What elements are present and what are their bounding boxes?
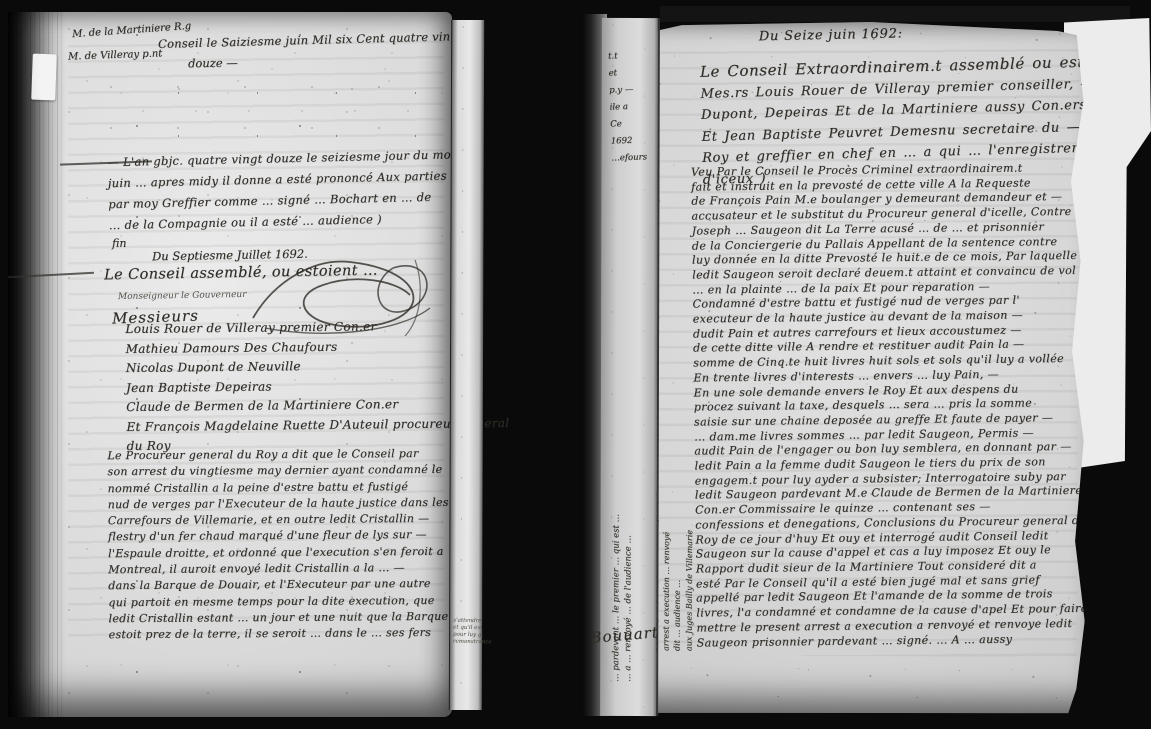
manuscript-line: somme de Cinq.te huit livres huit sols e… xyxy=(693,352,1085,371)
ink-speckles xyxy=(58,22,448,697)
manuscript-line: Saugeon prisonnier pardevant … signé. … … xyxy=(697,631,1089,650)
manuscript-line: par moy Greffier comme … signé … Bochart… xyxy=(108,186,481,215)
manuscript-line: Dupont, Depeiras Et de la Martiniere aus… xyxy=(701,94,1127,127)
left-page: M. de la Martiniere R.g M. de Villeray p… xyxy=(8,12,452,717)
manuscript-line: … en la plainte … de la paix Et pour rep… xyxy=(692,278,1084,297)
manuscript-fragment: 1692 xyxy=(611,132,647,150)
opening-paragraph: Le Conseil Extraordinairem.t assemblé ou… xyxy=(700,51,1129,191)
manuscript-line: ledit Pain a la femme dudit Saugeon le t… xyxy=(694,455,1086,474)
manuscript-line: remonstrance xyxy=(453,639,492,647)
session-header-line: Conseil le Saiziesme juin Mil six Cent q… xyxy=(158,29,463,51)
messieurs-label: Messieurs xyxy=(112,306,199,327)
ink-speckles xyxy=(628,25,1090,707)
margin-note: M. de Villeray p.nt xyxy=(68,48,163,62)
manuscript-line: … de la Compagnie ou il a esté … audienc… xyxy=(109,207,482,236)
shadow-band xyxy=(660,6,1130,22)
manuscript-line: executeur de la haute justice au devant … xyxy=(693,308,1085,327)
manuscript-line: Rapport dudit sieur de la Martiniere Tou… xyxy=(696,558,1088,577)
margin-note: M. de la Martiniere R.g xyxy=(72,21,192,40)
bleed-through-lines xyxy=(638,39,1079,657)
edge-vertical-note: … pardevant … le premier … qui est … … a… xyxy=(610,192,635,682)
judgment-paragraph: Veu Par le Conseil le Procès Criminel ex… xyxy=(691,161,1088,651)
manuscript-line: appellé par ledit Saugeon Et l'amande de… xyxy=(696,587,1088,606)
manuscript-line: nud de verges par l'Executeur de la haut… xyxy=(108,495,449,514)
procureur-paragraph: Le Procureur general du Roy a dit que le… xyxy=(107,446,449,644)
manuscript-line: Roy et greffier en chef en … a qui … l'e… xyxy=(702,137,1128,170)
manuscript-line: … dam.me livres sommes … par ledit Sauge… xyxy=(694,425,1086,444)
manuscript-line: dans la Barque de Douair, et l'Executeur… xyxy=(108,576,449,595)
spine-streaks xyxy=(12,12,62,717)
manuscript-line: arrest a execution … renvoyé xyxy=(660,385,673,651)
manuscript-line: de la Conciergerie du Pallais Appellant … xyxy=(692,234,1084,253)
manuscript-line: esté Par le Conseil qu'il a esté bien ju… xyxy=(696,572,1088,591)
manuscript-line: Joseph … Saugeon dit La Terre acusé … de… xyxy=(692,220,1084,239)
manuscript-fragment: …efours xyxy=(611,149,647,167)
manuscript-line: de François Pain M.e boulanger y demeura… xyxy=(691,190,1083,209)
manuscript-line: Con.er Commissaire le quinze … contenant… xyxy=(695,499,1087,518)
manuscript-line: … pardevant … le premier … qui est … xyxy=(610,192,623,682)
manuscript-line: accusateur et le substitut du Procureur … xyxy=(691,205,1083,224)
manuscript-fragment: Ce xyxy=(610,115,646,133)
manuscript-fragment: ile a xyxy=(609,98,645,116)
right-page: 59. Du Seize juin 1692: Le Conseil Extra… xyxy=(618,19,1100,717)
manuscript-line: qui partoit en mesme temps pour la dite … xyxy=(108,592,449,611)
manuscript-line: Mes.rs Louis Rouer de Villeray premier c… xyxy=(700,72,1126,105)
manuscript-line: audit Pain de l'engager ou bon luy sembl… xyxy=(694,440,1086,459)
assembly-line: Le Conseil assemblé, ou estoient … xyxy=(104,263,378,284)
ink-speckles xyxy=(450,20,484,710)
manuscript-line: d'iceux ) xyxy=(702,158,1128,191)
page-vignette xyxy=(618,19,1100,717)
governor-line: Monseigneur le Gouverneur xyxy=(118,290,247,302)
ink-speckles-dense xyxy=(100,80,445,162)
edge-fragments: t.t et p.y — ile a Ce 1692 …efours xyxy=(608,47,648,167)
manuscript-line: confessions et denegations, Conclusions … xyxy=(695,514,1087,533)
manuscript-line: l'Espaule droitte, et ordonné que l'exec… xyxy=(108,544,449,563)
manuscript-line: de cette ditte ville A rendre et restitu… xyxy=(693,337,1085,356)
manuscript-line: Montreal, il auroit envoyé ledit Cristal… xyxy=(108,560,449,579)
signature: Bouuart xyxy=(590,623,660,647)
manuscript-fragment: p.y — xyxy=(609,81,645,99)
manuscript-line: Veu Par le Conseil le Procès Criminel ex… xyxy=(691,161,1083,180)
manuscript-line: Roy de ce jour d'huy Et ouy et interrogé… xyxy=(695,528,1087,547)
manuscript-line: — L'an gbjc. quatre vingt douze le seizi… xyxy=(107,144,480,173)
manuscript-line: En une sole demande envers le Roy Et aux… xyxy=(694,381,1086,400)
manuscript-line: son arrest du vingtiesme may dernier aya… xyxy=(107,462,448,481)
manuscript-line: procez suivant la taxe, desquels … sera … xyxy=(694,396,1086,415)
manuscript-fragment: t.t xyxy=(608,47,644,65)
manuscript-scan: M. de la Martiniere R.g M. de Villeray p… xyxy=(0,0,1151,729)
manuscript-line: Condamné d'estre battu et fustigé nud de… xyxy=(692,293,1084,312)
manuscript-line: aux Juges Bailly de Villemarie xyxy=(683,385,696,651)
manuscript-line: ledit Saugeon seroit declaré deuem.t att… xyxy=(692,264,1084,283)
manuscript-line: saisie sur une chaine deposée au greffe … xyxy=(694,411,1086,430)
manuscript-fragment: et xyxy=(608,64,644,82)
manuscript-line: estoit prez de la terre, il se seroit … … xyxy=(109,625,450,644)
manuscript-line: engagem.t pour luy ayder a subsister; In… xyxy=(695,470,1087,489)
flourish-line xyxy=(60,160,152,165)
folio-edge-strip: t.t et p.y — ile a Ce 1692 …efours … par… xyxy=(600,18,660,716)
manuscript-line: livres, l'a condamné et condamne de la c… xyxy=(696,602,1088,621)
manuscript-line: ledit Cristallin estant … un jour et une… xyxy=(108,609,449,628)
manuscript-line: dit … audience … xyxy=(672,385,685,651)
session-date: Du Septiesme Juillet 1692. xyxy=(152,247,308,264)
manuscript-line: … a … renvoyé … de l'audience … xyxy=(622,192,635,682)
binding-tab xyxy=(31,54,57,101)
manuscript-line: fait et instruit en la prevosté de cette… xyxy=(691,175,1083,194)
edge-marginal-note: s'attendre et qu'il est pour luy g. remo… xyxy=(453,618,492,647)
manuscript-line: Le Procureur general du Roy a dit que le… xyxy=(107,446,448,465)
manuscript-line: Saugeon sur la cause d'appel et cas a lu… xyxy=(696,543,1088,562)
manuscript-line: dudit Pain et autres carrefours et lieux… xyxy=(693,323,1085,342)
manuscript-line: flestry d'un fer chaud marqué d'une fleu… xyxy=(108,527,449,546)
left-page-edge-strip: s'attendre et qu'il est pour luy g. remo… xyxy=(449,20,484,710)
manuscript-line: luy donnée en la ditte Prevosté le huit.… xyxy=(692,249,1084,268)
manuscript-line: juin … apres midy il donne a esté pronon… xyxy=(108,165,481,194)
manuscript-line: Carrefours de Villemarie, et en outre le… xyxy=(108,511,449,530)
session-header-line: douze — xyxy=(188,56,238,71)
manuscript-line: En trente livres d'interests … envers … … xyxy=(693,367,1085,386)
pronouncement-paragraph: — L'an gbjc. quatre vingt douze le seizi… xyxy=(107,144,481,236)
bleed-through-lines xyxy=(68,32,444,637)
manuscript-line: mettre le present arrest a execution a r… xyxy=(696,617,1088,636)
manuscript-line: Le Conseil Extraordinairem.t assemblé ou… xyxy=(700,51,1126,84)
manuscript-line: Et Jean Baptiste Peuvret Demesnu secreta… xyxy=(701,115,1127,148)
manuscript-line: nommé Cristallin a la peine d'estre batt… xyxy=(108,478,449,497)
signature-flourish xyxy=(245,240,440,340)
manuscript-line: ledit Saugeon pardevant M.e Claude de Be… xyxy=(695,484,1087,503)
ink-speckles xyxy=(600,18,658,716)
session-header: Du Seize juin 1692: xyxy=(759,26,903,44)
page-vignette xyxy=(8,12,452,717)
manuscript-line: fin xyxy=(112,237,126,250)
